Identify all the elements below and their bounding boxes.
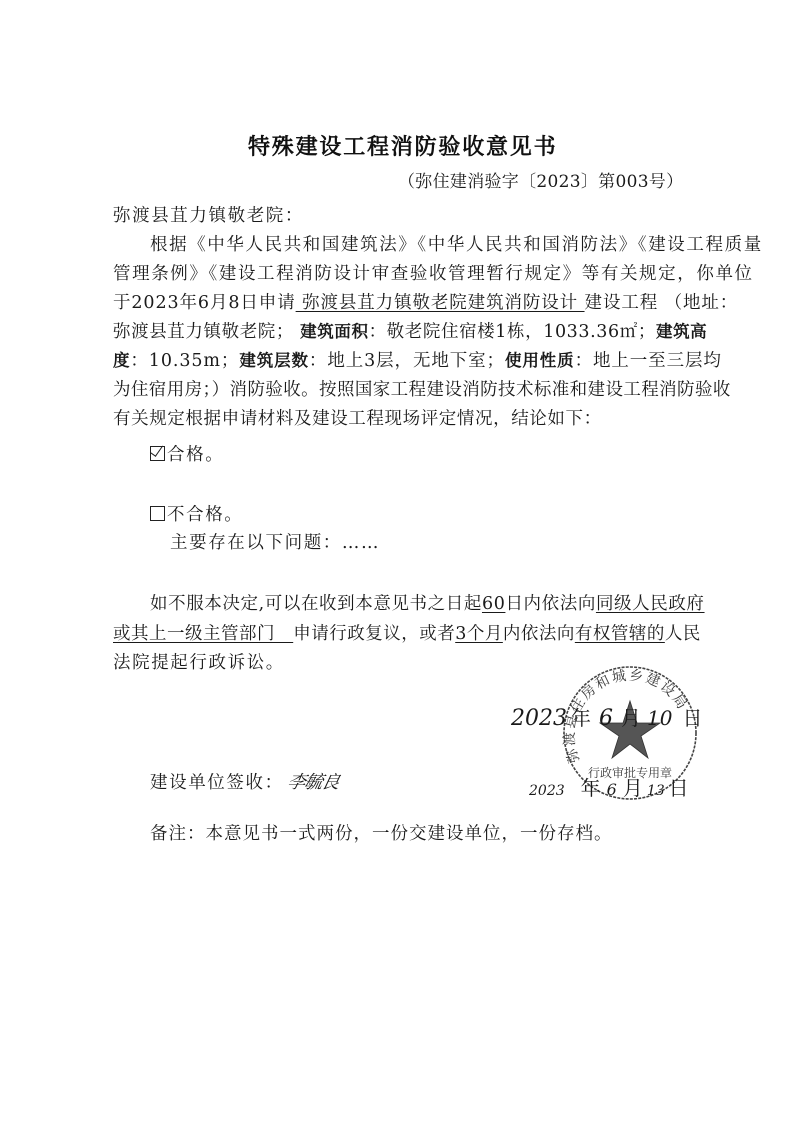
height-value: ：10.35m； [130,351,239,371]
day-char: 日 [682,706,702,730]
issuer-date: 2023年6月10日 [511,702,702,731]
body-line-6: 为住宿用房；）消防验收。按照国家工程建设消防技术标准和建设工程消防验收 [113,376,713,401]
issues-label: 主要存在以下问题：…… [170,529,380,554]
area-value: ：敬老院住宿楼1栋，1033.36㎡； [369,322,656,342]
receipt-signature: 李毓良 [288,768,339,794]
issuer-year: 2023 [511,706,567,731]
document-title: 特殊建设工程消防验收意见书 [248,130,557,161]
appeal-text: 如不服本决定,可以在收到本意见书之日起 [150,594,482,614]
body-line-2: 管理条例》《建设工程消防设计审查验收管理暂行规定》等有关规定，你单位 [113,260,713,285]
appeal-government: 同级人民政府 [596,594,705,614]
body-line-7: 有关规定根据申请材料及建设工程现场评定情况，结论如下： [113,405,602,430]
appeal-text: 内依法向 [503,624,575,644]
appeal-text: 日内依法向 [505,594,596,614]
appeal-months: 3个月 [455,624,503,644]
pass-label: 合格。 [167,445,224,465]
floors-value: ：地上3层，无地下室； [309,351,505,371]
document-number: （弥住建消验字〔2023〕第003号） [398,167,683,192]
appeal-days: 60 [482,594,505,614]
month-char: 月 [623,776,643,800]
body-line-1: 根据《中华人民共和国建筑法》《中华人民共和国消防法》《建设工程质量 [150,231,713,256]
appeal-line-3: 法院提起行政诉讼。 [113,649,285,674]
day-char: 日 [669,776,689,800]
note: 备注：本意见书一式两份，一份交建设单位，一份存档。 [150,820,613,845]
height-label: 建筑高 [656,322,707,341]
appeal-line-2: 或其上一级主管部门 申请行政复议，或者3个月内依法向有权管辖的人民 [113,620,701,645]
receipt-year: 2023 [529,783,565,799]
recipient: 弥渡县苴力镇敬老院： [113,202,304,227]
body-line-3: 于2023年6月8日申请 弥渡县苴力镇敬老院建筑消防设计 建设工程 （地址： [113,289,738,314]
body-line-5: 度：10.35m；建筑层数：地上3层，无地下室；使用性质：地上一至三层均 [113,347,722,372]
signature: 李毓良 [285,768,342,794]
receipt-day: 13 [647,783,665,799]
appeal-text: 申请行政复议，或者 [293,624,455,644]
conclusion-pass: 合格。 [150,441,224,466]
address: 弥渡县苴力镇敬老院； [113,322,294,342]
application-date: 于2023年6月8日申请 [113,293,296,313]
receipt-label: 建设单位签收： [150,769,284,794]
body-line-3-suffix: 建设工程 （地址： [585,293,739,313]
use-label: 使用性质 [505,351,575,370]
area-label: 建筑面积 [300,322,368,341]
height-label-cont: 度 [113,351,130,370]
receipt-date: 2023年6月13日 [529,772,689,801]
year-char: 年 [571,706,591,730]
floors-label: 建筑层数 [239,351,309,370]
appeal-court: 有权管辖的 [575,624,665,644]
appeal-department: 或其上一级主管部门 [113,624,293,644]
conclusion-fail: 不合格。 [150,501,243,526]
issuer-day: 10 [647,706,672,730]
fail-label: 不合格。 [167,505,243,525]
body-line-4: 弥渡县苴力镇敬老院； 建筑面积：敬老院住宿楼1栋，1033.36㎡；建筑高 [113,318,707,343]
issuer-month: 6 [599,706,613,731]
appeal-text: 人民 [665,624,701,644]
pass-checkbox [150,446,165,461]
project-name: 弥渡县苴力镇敬老院建筑消防设计 [296,293,585,313]
appeal-line-1: 如不服本决定,可以在收到本意见书之日起60日内依法向同级人民政府 [150,590,705,615]
month-char: 月 [621,706,641,730]
fail-checkbox [150,506,165,521]
use-value: ：地上一至三层均 [575,351,722,371]
year-char: 年 [581,776,601,800]
receipt-month: 6 [607,780,617,799]
